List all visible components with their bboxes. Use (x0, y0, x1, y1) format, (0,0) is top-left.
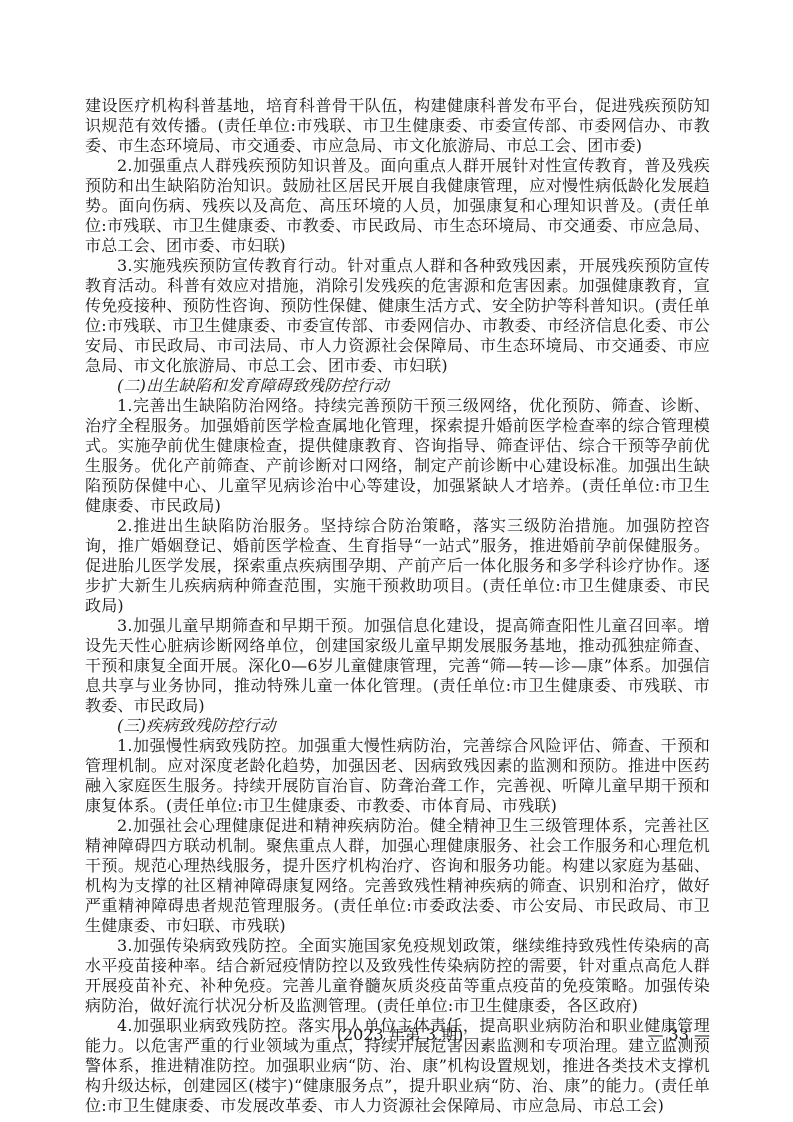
section-heading: (三)疾病致残防控行动 (85, 716, 710, 736)
paragraph: 2.加强社会心理健康促进和精神疾病防治。健全精神卫生三级管理体系，完善社区精神障… (85, 816, 710, 936)
paragraph: 1.加强慢性病致残防控。加强重大慢性病防治，完善综合风险评估、筛查、干预和管理机… (85, 736, 710, 816)
document-page: 建设医疗机构科普基地，培育科普骨干队伍，构建健康科普发布平台，促进残疾预防知识规… (0, 0, 793, 1122)
paragraph: 3.加强儿童早期筛查和早期干预。加强信息化建设，提高筛查阳性儿童召回率。增设先天… (85, 616, 710, 716)
paragraph: 1.完善出生缺陷防治网络。持续完善预防干预三级网络，优化预防、筛查、诊断、治疗全… (85, 396, 710, 516)
paragraph: 2.加强重点人群残疾预防知识普及。面向重点人群开展针对性宣传教育，普及残疾预防和… (85, 156, 710, 256)
paragraph: 2.推进出生缺陷防治服务。坚持综合防治策略，落实三级防治措施。加强防控咨询，推广… (85, 516, 710, 616)
paragraph: 3.实施残疾预防宣传教育行动。针对重点人群和各种致残因素，开展残疾预防宣传教育活… (85, 256, 710, 376)
section-heading: (二)出生缺陷和发育障碍致残防控行动 (85, 376, 710, 396)
page-number: — 33 — (647, 1024, 710, 1046)
paragraph: 建设医疗机构科普基地，培育科普骨干队伍，构建健康科普发布平台，促进残疾预防知识规… (85, 96, 710, 156)
issue-label: (2023 年第 3 期) (337, 1024, 464, 1046)
paragraph: 3.加强传染病致残防控。全面实施国家免疫规划政策，继续维持致残性传染病的高水平疫… (85, 936, 710, 1016)
page-footer: (2023 年第 3 期) — 33 — (85, 1024, 710, 1046)
document-body: 建设医疗机构科普基地，培育科普骨干队伍，构建健康科普发布平台，促进残疾预防知识规… (85, 96, 710, 1116)
